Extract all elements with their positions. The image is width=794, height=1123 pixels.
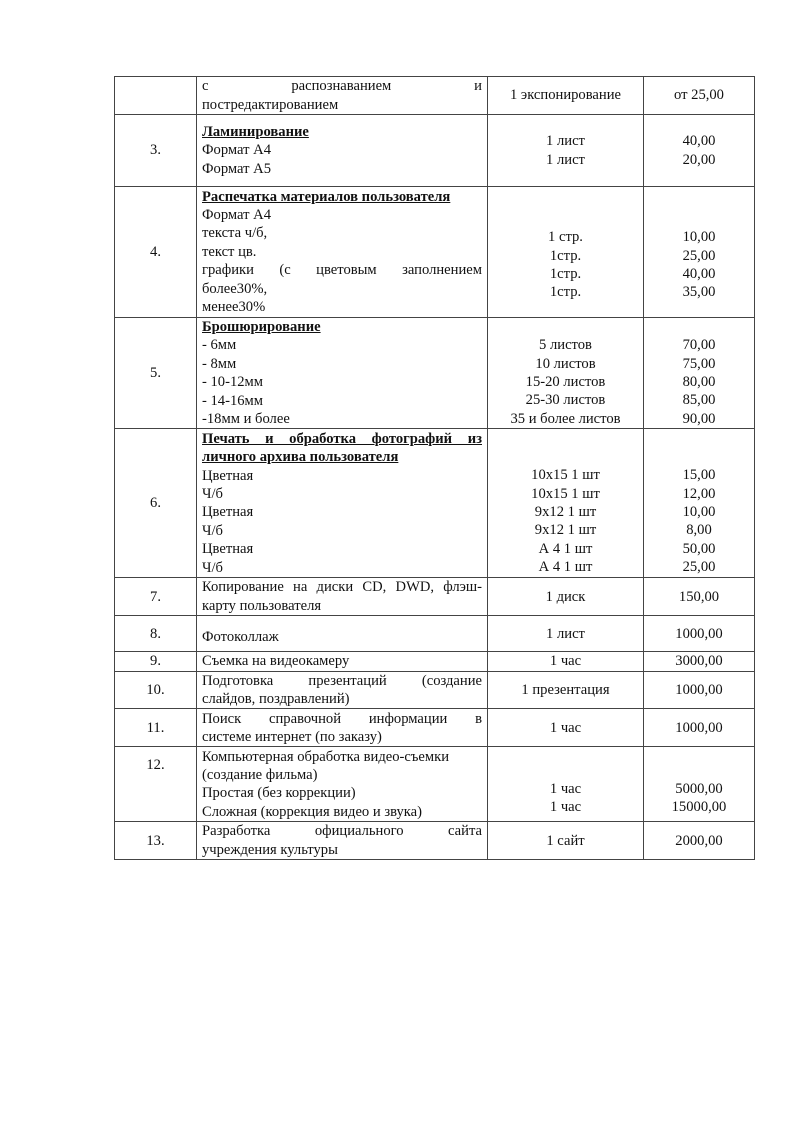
table-row: с распознаванием и постредактированием 1… xyxy=(115,77,755,115)
row-number: 3. xyxy=(115,115,197,187)
service-price: 150,00 xyxy=(644,578,755,616)
table-row: 4. Распечатка материалов пользователя Фо… xyxy=(115,187,755,318)
table-row: 6. Печать и обработка фотографий из личн… xyxy=(115,429,755,578)
services-price-table: с распознаванием и постредактированием 1… xyxy=(114,76,755,860)
row-number: 13. xyxy=(115,822,197,860)
row-number: 6. xyxy=(115,429,197,578)
service-name: Печать и обработка фотографий из личного… xyxy=(197,429,488,578)
row-number: 7. xyxy=(115,578,197,616)
service-price: 5000,00 15000,00 xyxy=(644,747,755,822)
service-name: Распечатка материалов пользователя Форма… xyxy=(197,187,488,318)
service-unit: 1 диск xyxy=(488,578,644,616)
table-row: 13. Разработка официального сайта учрежд… xyxy=(115,822,755,860)
table-row: 8. Фотоколлаж 1 лист 1000,00 xyxy=(115,616,755,652)
service-unit: 5 листов 10 листов 15-20 листов 25-30 ли… xyxy=(488,318,644,429)
table-row: 10. Подготовка презентаций (создание сла… xyxy=(115,671,755,709)
service-unit: 1 презентация xyxy=(488,671,644,709)
section-heading: Ламинирование xyxy=(202,123,482,141)
service-name: с распознаванием и постредактированием xyxy=(197,77,488,115)
table-row: 5. Брошюрирование - 6мм - 8мм - 10-12мм … xyxy=(115,318,755,429)
row-number: 8. xyxy=(115,616,197,652)
table-row: 9. Съемка на видеокамеру 1 час 3000,00 xyxy=(115,652,755,671)
section-heading: Распечатка материалов пользователя xyxy=(202,188,482,206)
service-name: Компьютерная обработка видео-съемки (соз… xyxy=(197,747,488,822)
section-heading: Печать и обработка фотографий из xyxy=(202,430,482,448)
service-price: 1000,00 xyxy=(644,671,755,709)
service-unit: 1 лист xyxy=(488,616,644,652)
service-unit: 1 экспонирование xyxy=(488,77,644,115)
service-name: Копирование на диски CD, DWD, флэш- карт… xyxy=(197,578,488,616)
service-name: Брошюрирование - 6мм - 8мм - 10-12мм - 1… xyxy=(197,318,488,429)
service-unit: 1 час 1 час xyxy=(488,747,644,822)
service-unit: 1 лист 1 лист xyxy=(488,115,644,187)
row-number: 5. xyxy=(115,318,197,429)
service-name: Ламинирование Формат А4 Формат А5 xyxy=(197,115,488,187)
service-name: Съемка на видеокамеру xyxy=(197,652,488,671)
service-name: Фотоколлаж xyxy=(197,616,488,652)
service-price: 1000,00 xyxy=(644,616,755,652)
row-number: 10. xyxy=(115,671,197,709)
service-unit: 10x15 1 шт 10x15 1 шт 9x12 1 шт 9x12 1 ш… xyxy=(488,429,644,578)
service-price: 70,00 75,00 80,00 85,00 90,00 xyxy=(644,318,755,429)
service-unit: 1 стр. 1стр. 1стр. 1стр. xyxy=(488,187,644,318)
service-price: 40,00 20,00 xyxy=(644,115,755,187)
service-price: 1000,00 xyxy=(644,709,755,747)
service-price: от 25,00 xyxy=(644,77,755,115)
service-name: Поиск справочной информации в системе ин… xyxy=(197,709,488,747)
service-unit: 1 час xyxy=(488,652,644,671)
row-number: 9. xyxy=(115,652,197,671)
service-price: 10,00 25,00 40,00 35,00 xyxy=(644,187,755,318)
table-row: 3. Ламинирование Формат А4 Формат А5 1 л… xyxy=(115,115,755,187)
service-name: Подготовка презентаций (создание слайдов… xyxy=(197,671,488,709)
section-heading: Брошюрирование xyxy=(202,318,482,336)
service-price: 2000,00 xyxy=(644,822,755,860)
row-number xyxy=(115,77,197,115)
table-row: 12. Компьютерная обработка видео-съемки … xyxy=(115,747,755,822)
row-number: 4. xyxy=(115,187,197,318)
row-number: 11. xyxy=(115,709,197,747)
table-row: 11. Поиск справочной информации в систем… xyxy=(115,709,755,747)
service-price: 3000,00 xyxy=(644,652,755,671)
service-unit: 1 час xyxy=(488,709,644,747)
service-price: 15,00 12,00 10,00 8,00 50,00 25,00 xyxy=(644,429,755,578)
service-name: Разработка официального сайта учреждения… xyxy=(197,822,488,860)
service-unit: 1 сайт xyxy=(488,822,644,860)
table-row: 7. Копирование на диски CD, DWD, флэш- к… xyxy=(115,578,755,616)
section-heading: личного архива пользователя xyxy=(202,448,398,466)
document-page: с распознаванием и постредактированием 1… xyxy=(0,0,794,1123)
row-number: 12. xyxy=(115,747,197,822)
